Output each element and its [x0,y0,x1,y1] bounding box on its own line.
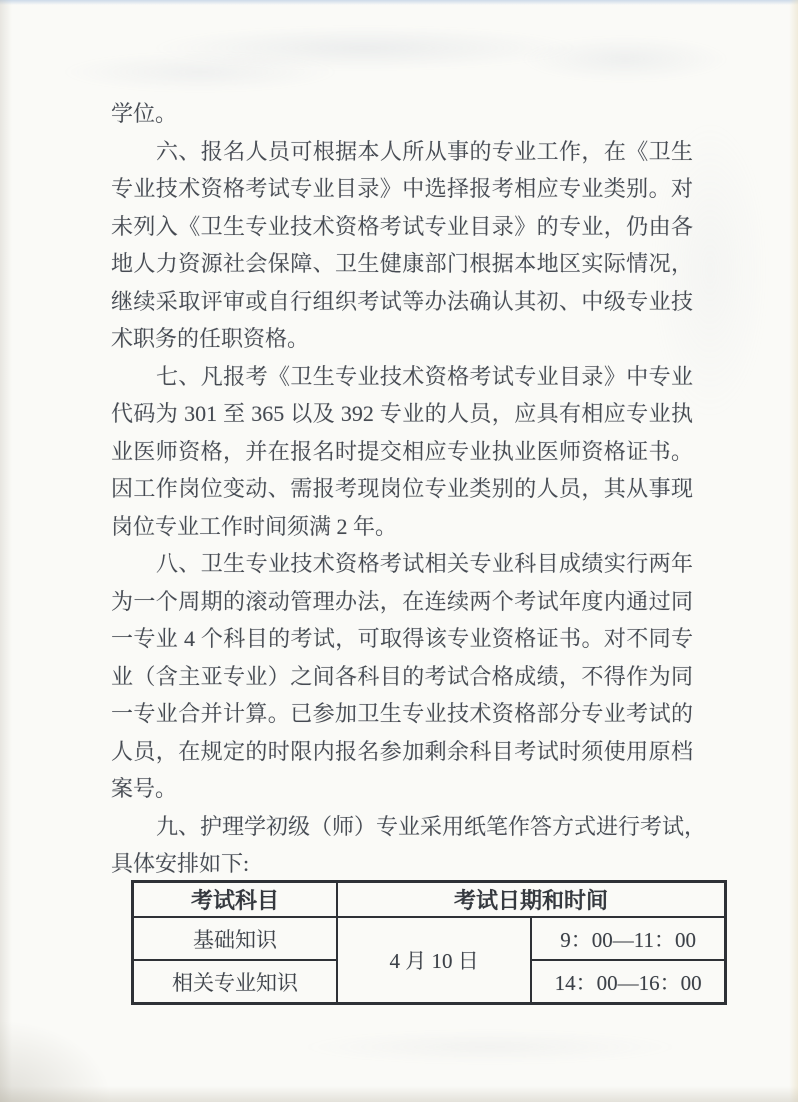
table-header-row: 考试科目 考试日期和时间 [133,882,726,918]
time-cell-morning: 9：00—11：00 [531,917,725,960]
header-cell-subject: 考试科目 [133,882,338,918]
date-cell: 4 月 10 日 [337,917,531,1004]
text-line: 专业技术资格考试专业目录》中选择报考相应专业类别。对 [111,170,693,208]
scan-right-edge [789,0,798,1102]
scan-smudge [520,36,730,82]
text-line: 地人力资源社会保障、卫生健康部门根据本地区实际情况， [111,245,693,283]
scan-smudge [300,1030,680,1064]
time-cell-afternoon: 14：00—16：00 [531,960,725,1004]
subject-cell-related-professional: 相关专业知识 [133,960,338,1004]
text-line: 人员，在规定的时限内报名参加剩余科目考试时须使用原档 [111,733,693,771]
text-line: 岗位专业工作时间须满 2 年。 [111,508,693,546]
scan-corner-shadow [0,1022,110,1102]
text-line: 继续采取评审或自行组织考试等办法确认其初、中级专业技 [111,283,693,321]
scan-top-edge [0,0,798,5]
scan-smudge [60,52,340,92]
text-line: 未列入《卫生专业技术资格考试专业目录》的专业，仍由各 [111,208,693,246]
text-line: 九、护理学初级（师）专业采用纸笔作答方式进行考试， [111,808,693,846]
text-line: 七、凡报考《卫生专业技术资格考试专业目录》中专业 [111,358,693,396]
text-line: 因工作岗位变动、需报考现岗位专业类别的人员，其从事现 [111,470,693,508]
text-line: 六、报名人员可根据本人所从事的专业工作，在《卫生 [111,133,693,171]
text-line: 一专业 4 个科目的考试，可取得该专业资格证书。对不同专 [111,620,693,658]
text-line: 八、卫生专业技术资格考试相关专业科目成绩实行两年 [111,545,693,583]
header-cell-datetime: 考试日期和时间 [337,882,726,918]
body-text: 学位。六、报名人员可根据本人所从事的专业工作，在《卫生专业技术资格考试专业目录》… [111,95,693,883]
text-line: 业（含主亚专业）之间各科目的考试合格成绩，不得作为同 [111,658,693,696]
table-row: 基础知识 4 月 10 日 9：00—11：00 [133,917,726,960]
text-line: 为一个周期的滚动管理办法，在连续两个考试年度内通过同 [111,583,693,621]
text-line: 代码为 301 至 365 以及 392 专业的人员，应具有相应专业执 [111,395,693,433]
scan-bottom-edge [0,1086,798,1102]
text-line: 具体安排如下: [111,845,693,883]
subject-cell-basic-knowledge: 基础知识 [133,917,338,960]
text-line: 术职务的任职资格。 [111,320,693,358]
text-line: 一专业合并计算。已参加卫生专业技术资格部分专业考试的 [111,695,693,733]
text-line: 案号。 [111,770,693,808]
scan-left-edge [0,0,12,1102]
text-line: 业医师资格，并在报名时提交相应专业执业医师资格证书。 [111,433,693,471]
exam-schedule-table: 考试科目 考试日期和时间 基础知识 4 月 10 日 9：00—11：00 相关… [131,880,727,1005]
text-line: 学位。 [111,95,693,133]
